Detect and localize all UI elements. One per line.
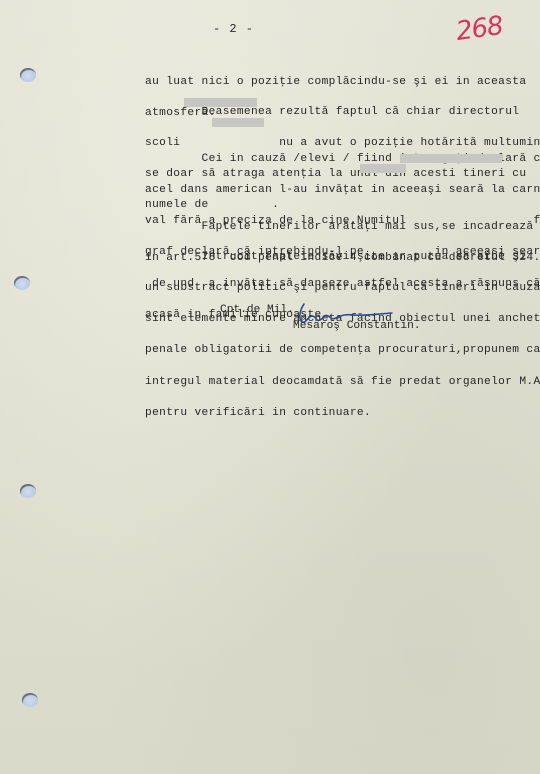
text-line: Deasemenea rezultă faptul că chiar direc…: [145, 107, 540, 117]
document-page: - 2 - 268 au luat nici o poziţie complăc…: [0, 0, 540, 774]
text-line: Intrucit faptele săvirşite ar putea să a…: [145, 252, 540, 262]
redaction-photographer-name: [400, 154, 502, 163]
folio-number: 268: [454, 11, 504, 47]
text-line: intregul material deocamdată să fie pred…: [145, 377, 540, 387]
punch-hole: [20, 68, 36, 82]
signatory-name: Mesaroş Constantin.: [293, 320, 421, 332]
signatory-rank: Cpt.de Mil.: [220, 304, 294, 316]
text-line: acel dans american l-au invăţat in aceea…: [145, 185, 540, 195]
redaction-school-name: [184, 98, 257, 107]
redaction-person-name: [360, 164, 406, 173]
paragraph-5: Intrucit faptele săvirşite ar putea să a…: [145, 231, 540, 439]
redaction-student-name: [212, 118, 264, 127]
text-line: un substract politic şi pentru faptul că…: [145, 283, 540, 293]
punch-hole: [22, 693, 38, 707]
text-line: penale obligatorii de competenţa procura…: [145, 345, 540, 355]
page-number: - 2 -: [213, 22, 254, 36]
text-line: pentru verificări in continuare.: [145, 408, 540, 418]
punch-hole: [14, 276, 30, 290]
punch-hole: [20, 484, 36, 498]
